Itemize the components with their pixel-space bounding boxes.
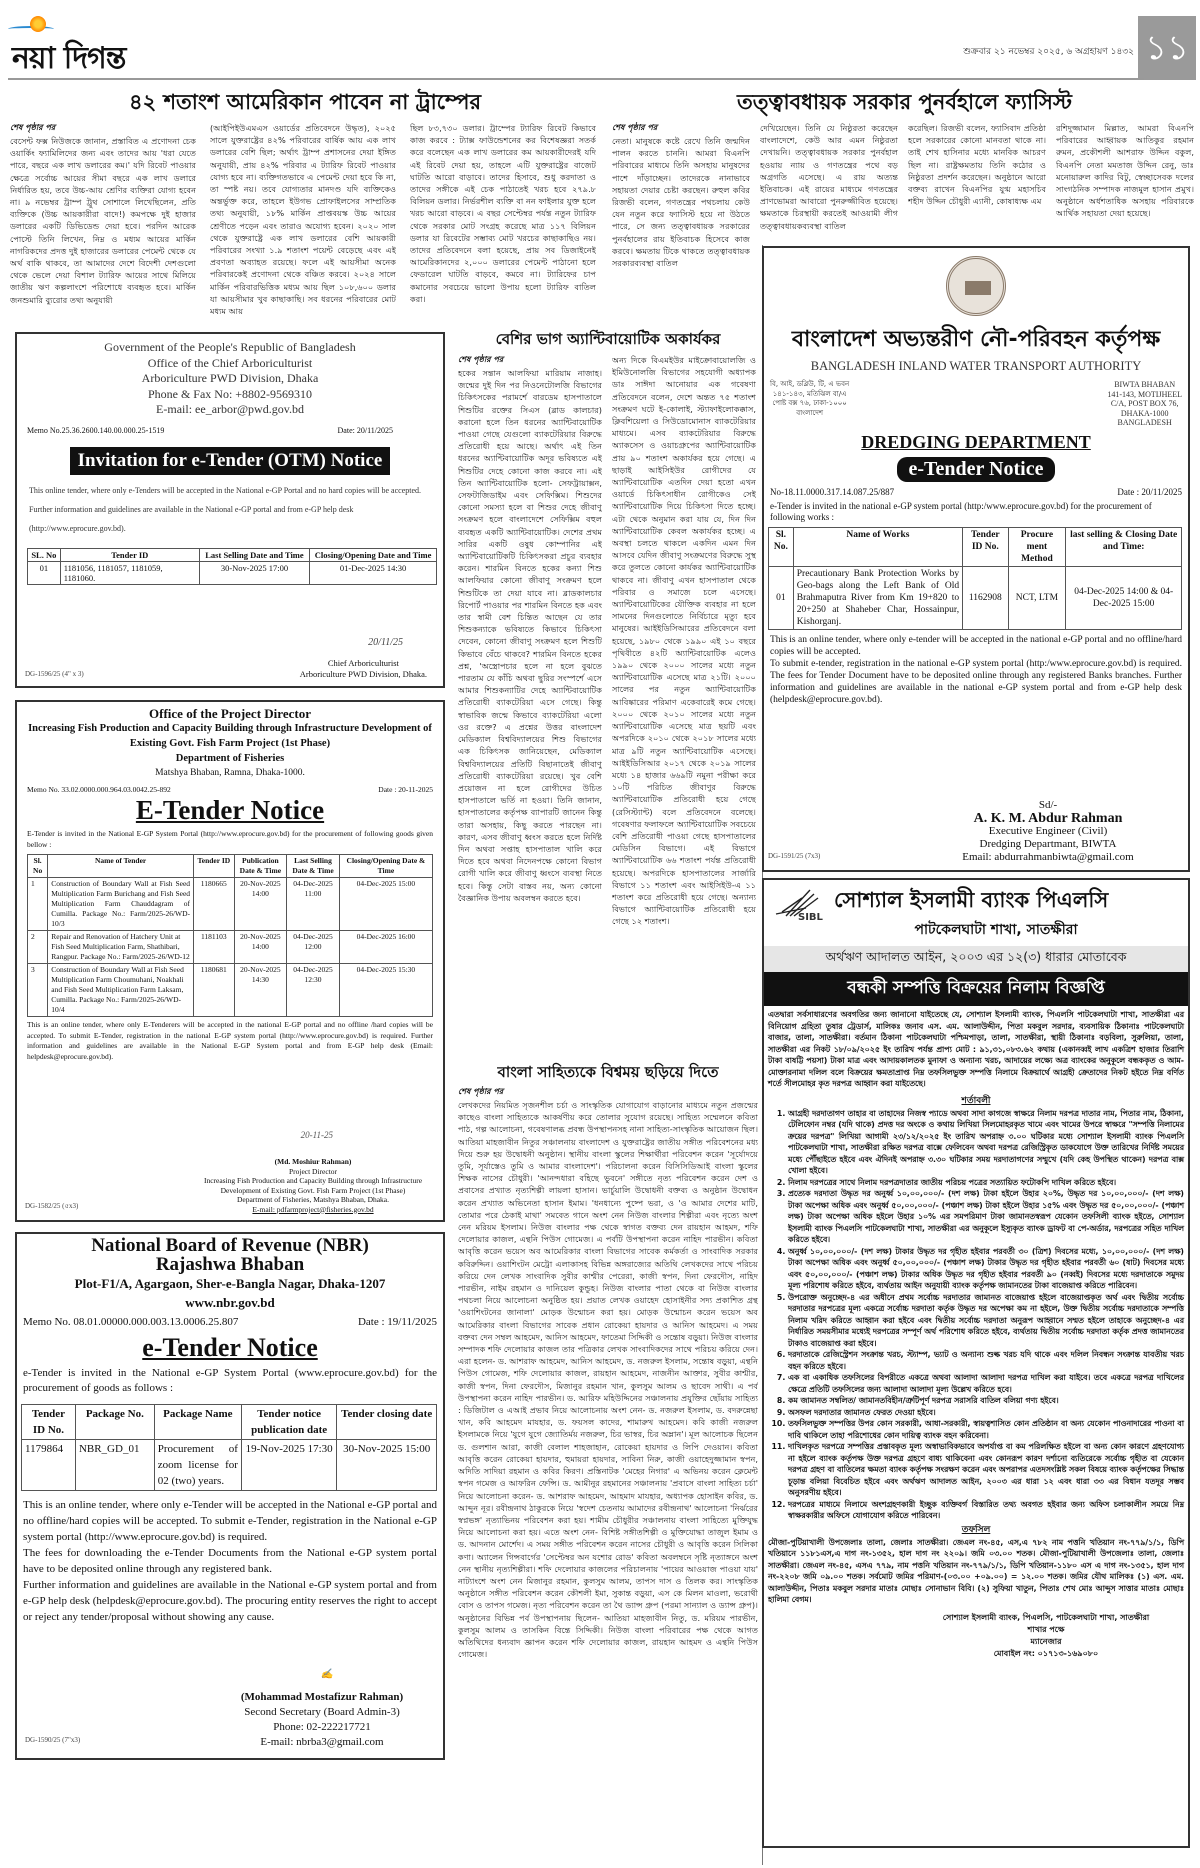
term-item: কম জামানত সম্বলিত/ জামানতবিহীন/ত্রুটিপূর… <box>788 1395 1184 1407</box>
sign-title: Second Secretary (Board Admin-3) <box>207 1705 437 1720</box>
continued-label: শেষ পৃষ্ঠার পর <box>10 122 196 135</box>
notice-date: Date: 20/11/2025 <box>338 426 393 435</box>
masthead-rule <box>8 78 1144 80</box>
project-name: Increasing Fish Production and Capacity … <box>17 721 443 751</box>
tender-table: Sl. No. Name of Works Tender ID No. Proc… <box>768 527 1182 630</box>
term-item: তফসিলভুক্ত সম্পত্তির উপর কোন সরকারী, আধা… <box>788 1418 1184 1441</box>
term-item: অনুর্ধ্ব ১০,০০,০০০/- (দশ লক্ষ) টাকার উদ্… <box>788 1246 1184 1292</box>
story-trump-rebate: ৪২ শতাংশ আমেরিকান পাবেন না ট্রাম্পের শেষ… <box>10 86 600 326</box>
address-bn: বি, আই, ডব্লিউ, টি, এ ভবন ১৪১-১৪৩, মতিঝি… <box>770 380 849 428</box>
signature: 20/11/25 <box>368 637 403 648</box>
term-item: উপরোক্ত অনুচ্ছেদ-৪ এর অধীনে প্রথম সর্বোচ… <box>788 1292 1184 1350</box>
org-title: Office of the Project Director <box>17 706 443 721</box>
sign-title: Executive Engineer (Civil) <box>928 825 1168 838</box>
notice-intro: e-Tender is invited in the national e-GP… <box>764 497 1188 523</box>
notice-title: E-Tender Notice <box>17 794 443 826</box>
col-header: Package No. <box>75 1405 154 1440</box>
sign-email[interactable]: E-mail: nbrba3@gmail.com <box>207 1735 437 1750</box>
term-item: দরদাতাকে রেজিস্ট্রেশন সংক্রান্ত খরচ, স্ট… <box>788 1349 1184 1372</box>
col-header: last selling & Closing Date and Time: <box>1066 527 1182 566</box>
headline[interactable]: বেশির ভাগ অ্যান্টিবায়োটিক অকার্যকর <box>458 326 758 352</box>
org-title-bn: বাংলাদেশ অভ্যন্তরীণ নৌ-পরিবহন কর্তৃপক্ষ <box>764 322 1188 359</box>
notice-title-banner: e-Tender Notice <box>897 457 1056 482</box>
sign-phone: Phone: 02-222217721 <box>207 1720 437 1735</box>
col-header: Name of Works <box>793 527 962 566</box>
col-header: Closing/Opening Date & Time <box>339 855 432 878</box>
memo-number: Memo No.25.36.2600.140.00.000.25-1519 <box>27 426 164 435</box>
notice-title-banner: Invitation for e-Tender (OTM) Notice <box>70 447 391 475</box>
signature-icon: ✍ <box>321 1669 333 1680</box>
auction-intro: এতদ্বারা সর্বসাধারণের অবগতির জন্য জানানো… <box>764 1006 1188 1093</box>
headline[interactable]: তত্ত্বাবধায়ক সরকার পুনর্বহালে ফ্যাসিস্ট <box>612 86 1197 118</box>
sign-dept: Dredging Departmant, BIWTA <box>928 838 1168 851</box>
term-item: আগ্রহী দরদাতাগণ তাহার বা তাহাদের নিজস্ব … <box>788 1108 1184 1177</box>
col-header: Tender closing date <box>337 1405 437 1440</box>
ad-sibl-auction: SIBL সোশ্যাল ইসলামী ব্যাংক পিএলসি পাটকেল… <box>762 878 1190 1848</box>
continued-label: শেষ পৃষ্ঠার পর <box>612 122 750 135</box>
sign-email[interactable]: Email: abdurrahmanbiwta@gmail.com <box>928 851 1168 864</box>
article-column: রশিদুজ্জামান মিল্লাত, আমরা বিএনপি পরিবার… <box>1056 122 1194 232</box>
sign-title: Chief Arboriculturist <box>300 658 427 669</box>
article-column: ছিল ৮৩,৭৩০ ডলার। ট্রাম্পের ট্যারিফ রিবেট… <box>410 122 596 324</box>
sign-dept: Department of Fisheries, Matshya Bhaban,… <box>193 1195 433 1205</box>
signature-block: সোশ্যাল ইসলামী ব্যাংক, পিএলসি, পাটকেলঘাট… <box>764 1612 1188 1660</box>
department: Department of Fisheries <box>17 751 443 766</box>
website[interactable]: www.nbr.gov.bd <box>17 1293 443 1312</box>
tender-table: Sl. No Name of Tender Tender ID Publicat… <box>27 854 433 1017</box>
ad-code: DG-1596/25 (4" x 3) <box>25 670 84 678</box>
memo-number: Memo No. 08.01.00000.000.003.13.0006.25.… <box>23 1316 238 1328</box>
col-header: Closing/Opening Date and Time <box>310 548 437 561</box>
sign-title: Project Director <box>193 1167 433 1177</box>
org-line: Arboriculture PWD Division, Dhaka <box>17 371 443 387</box>
tender-table: Tender ID No. Package No. Package Name T… <box>21 1404 437 1491</box>
branch-name: পাটকেলঘাটা শাখা, সাতক্ষীরা <box>764 918 1188 942</box>
org-email[interactable]: E-mail: ee_arbor@pwd.gov.bd <box>17 402 443 418</box>
ad-nbr-tender: National Board of Revenue (NBR) Rajashwa… <box>15 1232 445 1760</box>
notice-footer: This is an online tender, where only E-T… <box>17 1017 443 1065</box>
notice-date: Date : 19/11/2025 <box>358 1316 437 1328</box>
article-column: করেছিল। রিজভী বলেন, ফ্যাসিবাদ প্রতিষ্ঠা … <box>908 122 1046 232</box>
term-item: দরপত্রের মাধ্যমে নিলামে অংশগ্রহণকারী ইচ্… <box>788 1499 1184 1522</box>
terms-list: আগ্রহী দরদাতাগণ তাহার বা তাহাদের নিজস্ব … <box>764 1108 1188 1522</box>
article-column: নেতা। মানুষকে কষ্টে রেখে তিনি জন্মদিন পা… <box>612 135 750 335</box>
col-header: Sl. No <box>28 855 48 878</box>
schedule-heading: তফসিল <box>764 1522 1188 1537</box>
address-en: BIWTA BHABAN 141-143, MOTIJHEEL C/A, POS… <box>1107 380 1182 428</box>
notice-body: Further information and guidelines are a… <box>23 1577 437 1625</box>
auction-title: বন্ধকী সম্পত্তি বিক্রয়ের নিলাম বিজ্ঞপ্ত… <box>764 972 1188 1006</box>
tender-ids: 1181056, 1181057, 1181059, 1181060. <box>60 561 199 584</box>
signer-name: (Mohammad Mostafizur Rahman) <box>207 1690 437 1705</box>
notice-intro: E-Tender is invited in the National E-GP… <box>17 826 443 852</box>
terms-heading: শর্তাবলী <box>764 1093 1188 1108</box>
article-column: (আইপিইউএমএস ওয়ার্ডের প্রতিবেদনে উদ্ধৃত)… <box>210 122 396 324</box>
org-line: Phone & Fax No: +8802-9569310 <box>17 387 443 403</box>
table-row: 1179864 NBR_GD_01 Procurement of zoom li… <box>22 1440 437 1491</box>
table-row: 2 Repair and Renovation of Hatchery Unit… <box>28 931 433 964</box>
col-header: SL. No <box>28 548 61 561</box>
org-title-en: BANGLADESH INLAND WATER TRANSPORT AUTHOR… <box>764 359 1188 374</box>
biwta-seal-icon <box>946 256 1006 316</box>
ad-code: DG-1591/25 (7x3) <box>768 852 820 860</box>
ad-biwta-tender: বাংলাদেশ অভ্যন্তরীণ নৌ-পরিবহন কর্তৃপক্ষ … <box>762 246 1190 872</box>
table-row: 01 Precautionary Bank Protection Works b… <box>769 566 1182 629</box>
col-header: Tender ID <box>194 855 235 878</box>
ad-arboriculture-tender: Government of the People's Republic of B… <box>15 332 445 688</box>
sign-email[interactable]: E-mail: pdfarmproject@fisheries.gov.bd <box>193 1205 433 1215</box>
headline[interactable]: বাংলা সাহিত্যকে বিশ্বময় ছড়িয়ে দিতে <box>458 1058 758 1086</box>
table-row: 01 1181056, 1181057, 1181059, 1181060. 3… <box>28 561 437 584</box>
notice-body: To submit e-tender, registration in the … <box>770 658 1182 706</box>
table-row: 3 Construction of Boundary Wall at Fish … <box>28 964 433 1017</box>
continued-label: শেষ পৃষ্ঠার পর <box>458 354 602 367</box>
term-item: দাখিলকৃত দরপত্রে সম্পত্তির প্রস্তাবকৃত ম… <box>788 1441 1184 1499</box>
col-header: Publication Date & Time <box>234 855 287 878</box>
signature: 20-11-25 <box>301 1130 333 1140</box>
tender-table: SL. No Tender ID Last Selling Date and T… <box>27 548 437 585</box>
notice-title: e-Tender Notice <box>17 1330 443 1366</box>
article-column: অন্য দিকে বিএমইউর মাইক্রোবায়োলজি ও ইমিউ… <box>612 354 756 1042</box>
org-subtitle: Rajashwa Bhaban <box>17 1255 443 1274</box>
term-item: অসফল দরদাতার জামানত ফেরত দেওয়া হইবে। <box>788 1407 1184 1419</box>
org-line: Office of the Chief Arboriculturist <box>17 356 443 372</box>
notice-date: Date : 20-11-2025 <box>378 785 433 794</box>
address: Plot-F1/A, Agargaon, Sher-e-Bangla Nagar… <box>17 1274 443 1293</box>
law-line: অর্থঋণ আদালত আইন, ২০০৩ এর ১২(৩) ধারার মো… <box>764 946 1188 972</box>
masthead: নয়া দিগন্ত শুক্রবার ২১ নভেম্বর ২০২৫, ৬ … <box>0 0 1200 80</box>
address: Matshya Bhaban, Ramna, Dhaka-1000. <box>17 766 443 781</box>
col-header: Tender ID No. <box>22 1405 76 1440</box>
logo-sun-icon <box>30 16 46 32</box>
dateline: শুক্রবার ২১ নভেম্বর ২০২৫, ৬ অগ্রহায়ণ ১৪… <box>963 44 1134 59</box>
schedule-text: মৌজা-পুটিয়াখালী উপজেলাঃ তালা, জেলাঃ সাত… <box>764 1537 1188 1606</box>
notice-body: This online tender, where only e-Tenders… <box>17 475 443 538</box>
sign-project: Increasing Fish Production and Capacity … <box>193 1176 433 1195</box>
table-row: 1 Construction of Boundary Wall at Fish … <box>28 878 433 931</box>
signer-name: A. K. M. Abdur Rahman <box>928 812 1168 825</box>
sign-org: Arboriculture PWD Division, Dhaka. <box>300 669 427 680</box>
col-header: Last Selling Date & Time <box>287 855 340 878</box>
notice-intro: e-Tender is invited in the National e-GP… <box>17 1366 443 1396</box>
term-item: এক বা একাধিক তফসিলের বিপরীতে একত্রে অথবা… <box>788 1372 1184 1395</box>
headline[interactable]: ৪২ শতাংশ আমেরিকান পাবেন না ট্রাম্পের <box>10 86 600 118</box>
ad-fisheries-tender: Office of the Project Director Increasin… <box>15 700 445 1222</box>
org-line: Government of the People's Republic of B… <box>17 340 443 356</box>
notice-body: This is an online tender, where only e-t… <box>770 634 1182 658</box>
contact-phone[interactable]: মোবাইল নং: ০১৭১৩-১৬৯০৮০ <box>904 1648 1188 1660</box>
memo-number: No-18.11.0000.317.14.087.25/887 <box>770 487 894 497</box>
article-column: বেসেন্ট ফক্স নিউজকে জানান, প্রস্তাবিত এ … <box>10 135 196 325</box>
bank-name: সোশ্যাল ইসলামী ব্যাংক পিএলসি <box>834 884 1108 919</box>
col-header: Tender ID <box>60 548 199 561</box>
story-caretaker-govt: তত্ত্বাবধায়ক সরকার পুনর্বহালে ফ্যাসিস্ট… <box>612 86 1197 246</box>
continued-label: শেষ পৃষ্ঠার পর <box>458 1086 758 1099</box>
notice-body: The fees for downloading the e-Tender Do… <box>23 1545 437 1577</box>
memo-number: Memo No. 33.02.0000.000.964.03.0042.25-8… <box>27 785 171 794</box>
department-title: DREDGING DEPARTMENT <box>764 432 1188 453</box>
article-body: লেখকদের নিয়মিত সৃজনশীল চর্চা ও সাংস্কৃত… <box>458 1099 758 1851</box>
ad-code: DG-1590/25 (7"x3) <box>25 1736 80 1744</box>
article-column: হকের সন্তান আলফিয়া মারিয়াম নাজাহ। জন্ম… <box>458 367 602 1043</box>
story-bangla-literature: বাংলা সাহিত্যকে বিশ্বময় ছড়িয়ে দিতে শে… <box>458 1058 758 1858</box>
col-header: Procure ment Method <box>1008 527 1066 566</box>
col-header: Name of Tender <box>48 855 194 878</box>
notice-date: Date : 20/11/2025 <box>1117 487 1182 497</box>
page-number: ১১ <box>1138 16 1196 80</box>
col-header: Sl. No. <box>769 527 794 566</box>
signer-name: (Md. Moshiur Rahman) <box>193 1157 433 1167</box>
org-title: National Board of Revenue (NBR) <box>17 1236 443 1255</box>
col-header: Tender notice publication date <box>241 1405 336 1440</box>
article-column: দেখিয়েছেন। তিনি যে নিষ্ঠুরতা করেছেন বাং… <box>760 122 898 232</box>
col-header: Tender ID No. <box>963 527 1008 566</box>
col-header: Package Name <box>154 1405 241 1440</box>
notice-body: This is an online tender, where only e-T… <box>23 1497 437 1545</box>
term-item: প্রত্যেক দরদাতা উদ্ধৃত দর অনুর্ধ্ব ১০,০০… <box>788 1188 1184 1246</box>
ad-code: DG-1582/25 (৫x3) <box>25 1200 78 1212</box>
story-antibiotics: বেশির ভাগ অ্যান্টিবায়োটিক অকার্যকর শেষ … <box>458 326 758 1044</box>
term-item: নিলাম দরপত্রের সাথে নিলাম দরপত্রদাতার জা… <box>788 1177 1184 1189</box>
col-header: Last Selling Date and Time <box>199 548 309 561</box>
